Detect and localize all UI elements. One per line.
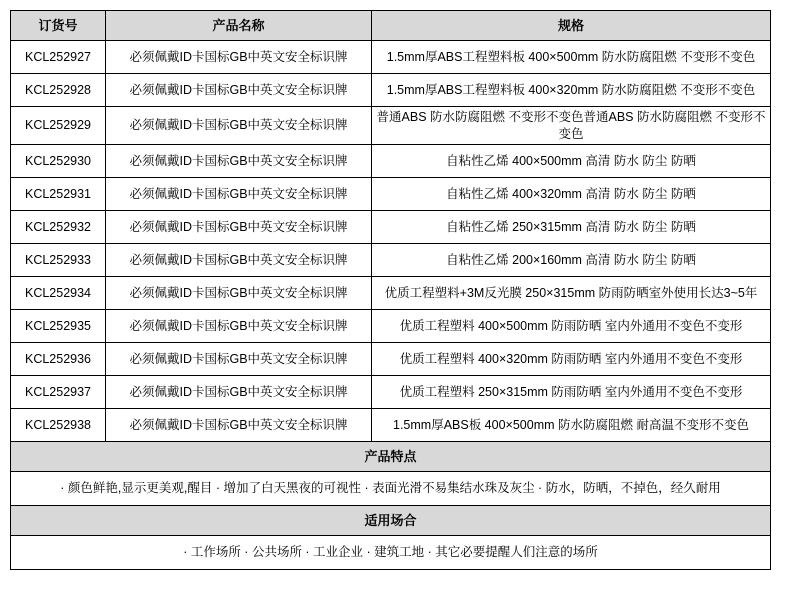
product-name-cell: 必须佩戴ID卡国标GB中英文安全标识牌 (106, 409, 372, 442)
product-spec-table: 订货号 产品名称 规格 KCL252927必须佩戴ID卡国标GB中英文安全标识牌… (10, 10, 771, 570)
table-row: KCL252933必须佩戴ID卡国标GB中英文安全标识牌自粘性乙烯 200×16… (11, 244, 771, 277)
product-name-cell: 必须佩戴ID卡国标GB中英文安全标识牌 (106, 107, 372, 145)
column-header-product-name: 产品名称 (106, 11, 372, 41)
occasions-header-row: 适用场合 (11, 506, 771, 536)
table-row: KCL252937必须佩戴ID卡国标GB中英文安全标识牌优质工程塑料 250×3… (11, 376, 771, 409)
order-no-cell: KCL252931 (11, 178, 106, 211)
sections-body: 产品特点 · 颜色鲜艳,显示更美观,醒目 · 增加了白天黑夜的可视性 · 表面光… (11, 442, 771, 570)
table-row: KCL252929必须佩戴ID卡国标GB中英文安全标识牌普通ABS 防水防腐阻燃… (11, 107, 771, 145)
spec-cell: 优质工程塑料 250×315mm 防雨防晒 室内外通用不变色不变形 (372, 376, 771, 409)
order-no-cell: KCL252936 (11, 343, 106, 376)
occasions-section-content: · 工作场所 · 公共场所 · 工业企业 · 建筑工地 · 其它必要提醒人们注意… (11, 536, 771, 570)
table-header-row: 订货号 产品名称 规格 (11, 11, 771, 41)
order-no-cell: KCL252937 (11, 376, 106, 409)
occasions-section-title: 适用场合 (11, 506, 771, 536)
product-name-cell: 必须佩戴ID卡国标GB中英文安全标识牌 (106, 310, 372, 343)
spec-cell: 1.5mm厚ABS板 400×500mm 防水防腐阻燃 耐高温不变形不变色 (372, 409, 771, 442)
features-header-row: 产品特点 (11, 442, 771, 472)
table-row: KCL252935必须佩戴ID卡国标GB中英文安全标识牌优质工程塑料 400×5… (11, 310, 771, 343)
product-name-cell: 必须佩戴ID卡国标GB中英文安全标识牌 (106, 277, 372, 310)
page: 订货号 产品名称 规格 KCL252927必须佩戴ID卡国标GB中英文安全标识牌… (0, 0, 800, 599)
product-name-cell: 必须佩戴ID卡国标GB中英文安全标识牌 (106, 145, 372, 178)
product-name-cell: 必须佩戴ID卡国标GB中英文安全标识牌 (106, 41, 372, 74)
product-name-cell: 必须佩戴ID卡国标GB中英文安全标识牌 (106, 74, 372, 107)
table-row: KCL252932必须佩戴ID卡国标GB中英文安全标识牌自粘性乙烯 250×31… (11, 211, 771, 244)
order-no-cell: KCL252934 (11, 277, 106, 310)
order-no-cell: KCL252935 (11, 310, 106, 343)
features-section-title: 产品特点 (11, 442, 771, 472)
table-row: KCL252936必须佩戴ID卡国标GB中英文安全标识牌优质工程塑料 400×3… (11, 343, 771, 376)
spec-cell: 普通ABS 防水防腐阻燃 不变形不变色普通ABS 防水防腐阻燃 不变形不变色 (372, 107, 771, 145)
order-no-cell: KCL252928 (11, 74, 106, 107)
table-row: KCL252928必须佩戴ID卡国标GB中英文安全标识牌1.5mm厚ABS工程塑… (11, 74, 771, 107)
product-name-cell: 必须佩戴ID卡国标GB中英文安全标识牌 (106, 178, 372, 211)
order-no-cell: KCL252932 (11, 211, 106, 244)
table-body: KCL252927必须佩戴ID卡国标GB中英文安全标识牌1.5mm厚ABS工程塑… (11, 41, 771, 442)
product-name-cell: 必须佩戴ID卡国标GB中英文安全标识牌 (106, 376, 372, 409)
order-no-cell: KCL252929 (11, 107, 106, 145)
spec-cell: 自粘性乙烯 400×500mm 高清 防水 防尘 防晒 (372, 145, 771, 178)
spec-cell: 优质工程塑料+3M反光膜 250×315mm 防雨防晒室外使用长达3~5年 (372, 277, 771, 310)
spec-cell: 自粘性乙烯 250×315mm 高清 防水 防尘 防晒 (372, 211, 771, 244)
product-name-cell: 必须佩戴ID卡国标GB中英文安全标识牌 (106, 211, 372, 244)
table-row: KCL252931必须佩戴ID卡国标GB中英文安全标识牌自粘性乙烯 400×32… (11, 178, 771, 211)
table-row: KCL252927必须佩戴ID卡国标GB中英文安全标识牌1.5mm厚ABS工程塑… (11, 41, 771, 74)
features-content-row: · 颜色鲜艳,显示更美观,醒目 · 增加了白天黑夜的可视性 · 表面光滑不易集结… (11, 472, 771, 506)
column-header-spec: 规格 (372, 11, 771, 41)
order-no-cell: KCL252938 (11, 409, 106, 442)
order-no-cell: KCL252927 (11, 41, 106, 74)
features-section-content: · 颜色鲜艳,显示更美观,醒目 · 增加了白天黑夜的可视性 · 表面光滑不易集结… (11, 472, 771, 506)
table-row: KCL252934必须佩戴ID卡国标GB中英文安全标识牌优质工程塑料+3M反光膜… (11, 277, 771, 310)
occasions-content-row: · 工作场所 · 公共场所 · 工业企业 · 建筑工地 · 其它必要提醒人们注意… (11, 536, 771, 570)
order-no-cell: KCL252930 (11, 145, 106, 178)
table-row: KCL252930必须佩戴ID卡国标GB中英文安全标识牌自粘性乙烯 400×50… (11, 145, 771, 178)
product-name-cell: 必须佩戴ID卡国标GB中英文安全标识牌 (106, 343, 372, 376)
spec-cell: 优质工程塑料 400×320mm 防雨防晒 室内外通用不变色不变形 (372, 343, 771, 376)
column-header-order-no: 订货号 (11, 11, 106, 41)
spec-cell: 1.5mm厚ABS工程塑料板 400×320mm 防水防腐阻燃 不变形不变色 (372, 74, 771, 107)
order-no-cell: KCL252933 (11, 244, 106, 277)
spec-cell: 1.5mm厚ABS工程塑料板 400×500mm 防水防腐阻燃 不变形不变色 (372, 41, 771, 74)
table-row: KCL252938必须佩戴ID卡国标GB中英文安全标识牌1.5mm厚ABS板 4… (11, 409, 771, 442)
spec-cell: 优质工程塑料 400×500mm 防雨防晒 室内外通用不变色不变形 (372, 310, 771, 343)
spec-cell: 自粘性乙烯 400×320mm 高清 防水 防尘 防晒 (372, 178, 771, 211)
product-name-cell: 必须佩戴ID卡国标GB中英文安全标识牌 (106, 244, 372, 277)
spec-cell: 自粘性乙烯 200×160mm 高清 防水 防尘 防晒 (372, 244, 771, 277)
